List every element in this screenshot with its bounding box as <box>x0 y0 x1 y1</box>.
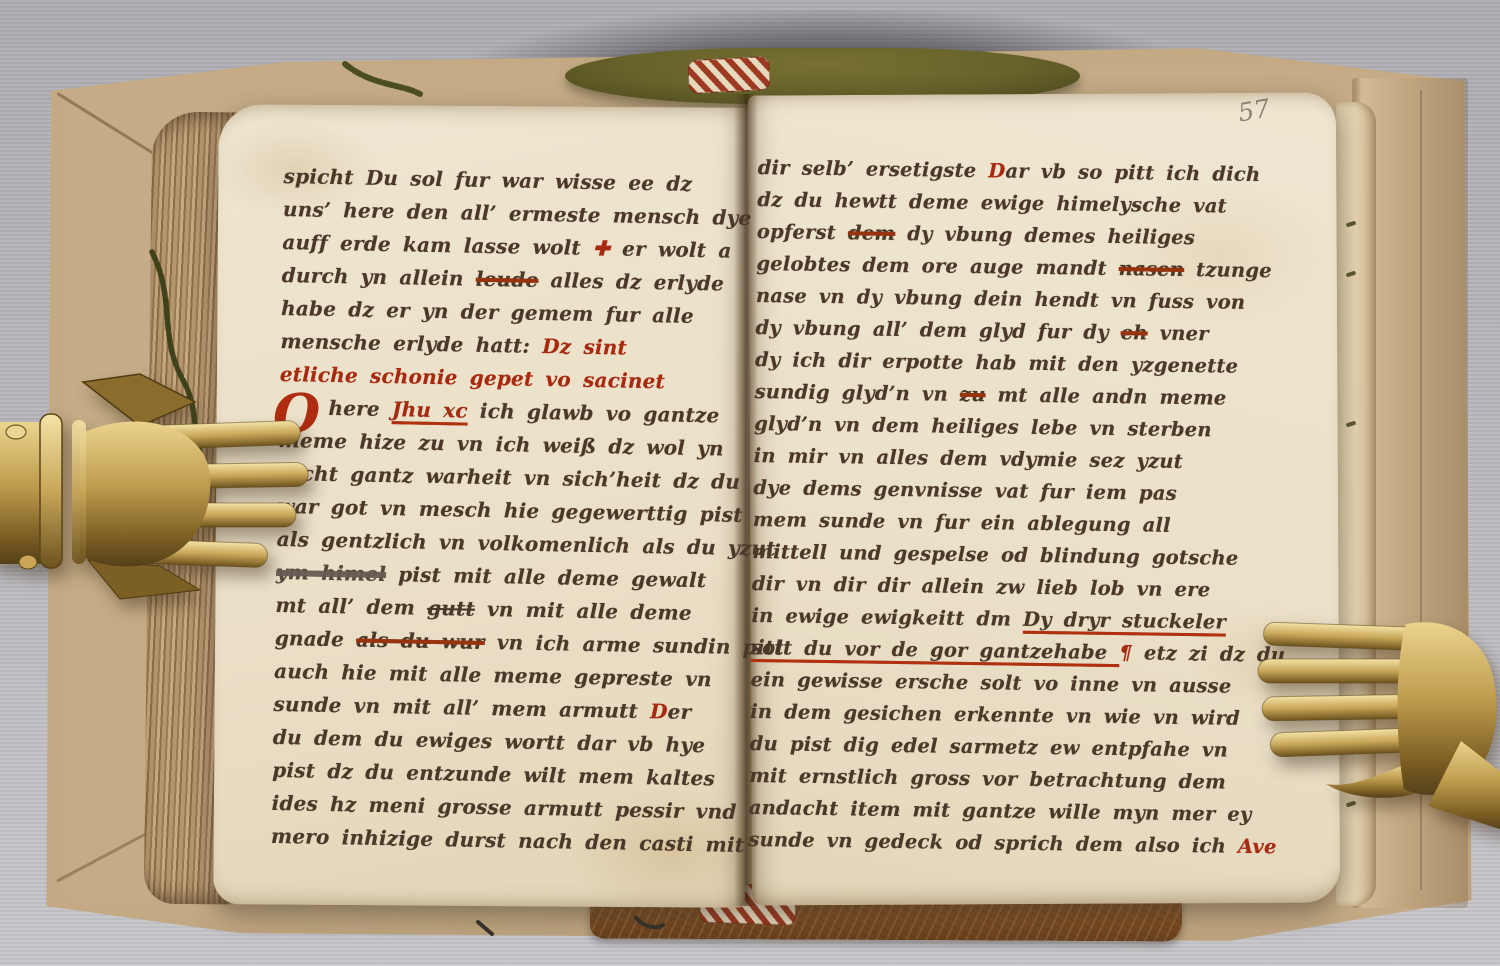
text-segment: vner <box>1148 321 1209 345</box>
text-segment: als du wur <box>356 627 485 653</box>
text-segment: er wolt a <box>610 236 732 262</box>
text-segment: war got vn mesch hie gegewerttig pist <box>277 494 743 527</box>
folio-number: 57 <box>1236 93 1272 127</box>
text-segment: Dz sint <box>542 334 627 360</box>
text-segment: ides hz meni grosse armutt pessir vnd <box>271 791 736 824</box>
text-segment: in mir vn alles dem vdymie sez yzut <box>754 444 1184 473</box>
text-segment: dz du hewtt deme ewige himelysche vat <box>757 188 1227 218</box>
text-segment: vn ich arme sundin pitt <box>484 630 783 660</box>
text-segment: Jhu xc <box>392 397 468 422</box>
text-segment: dy ich dir erpotte hab mit den yzgenette <box>755 348 1238 378</box>
text-segment: vn mit alle deme <box>475 597 692 625</box>
text-segment: nase vn dy vbung dein hendt vn fuss von <box>756 284 1246 314</box>
page-edge-ink-mark <box>1346 271 1357 278</box>
text-segment: habe dz er yn der gemem fur alle <box>281 296 694 328</box>
text-segment: als gentzlich vn volkomenlich als du yzu… <box>276 527 775 561</box>
text-segment: in dem gesichen erkennte vn wie vn wird <box>750 700 1240 730</box>
left-page-text: spicht Du sol fur war wisse ee dzuns’ he… <box>271 160 744 862</box>
text-segment: D <box>988 159 1005 182</box>
text-segment: dir vn dir dir allein zw lieb lob vn ere <box>752 572 1211 601</box>
text-segment: mittell und gespelse od blindung gotsche <box>752 540 1238 570</box>
text-segment: durch yn allein <box>282 263 476 291</box>
text-segment: mt alle andn meme <box>985 383 1226 409</box>
text-segment: D <box>650 699 668 723</box>
text-segment: auch hie mit alle meme gepreste vn <box>274 659 712 691</box>
text-segment: dem <box>848 221 896 245</box>
right-page-text: dir selb’ ersetigste Dar vb so pitt ich … <box>748 152 1238 863</box>
text-segment: Dy dryr stuckeler <box>1023 608 1226 634</box>
text-segment: here <box>328 396 392 421</box>
text-segment: ar vb so pitt ich dich <box>1005 159 1260 186</box>
text-segment: er <box>667 699 691 723</box>
text-segment: leude <box>476 267 539 292</box>
text-segment: opferst <box>757 220 848 244</box>
text-segment: recht gantz warheit vn sich’heit dz du <box>278 461 741 494</box>
endband-top <box>687 56 771 94</box>
text-segment: andacht item mit gantze wille myn mer ey <box>749 796 1252 826</box>
text-segment: auff erde kam lasse wolt <box>282 230 593 260</box>
text-segment: mem sunde vn fur ein ablegung all <box>753 508 1171 537</box>
text-segment: solt du vor de gor gantzehabe <box>751 636 1120 664</box>
text-segment: pist mit alle deme gewalt <box>386 562 707 592</box>
text-segment: meme hize zu vn ich weiß dz wol yn <box>278 428 724 461</box>
text-segment: mero inhizige durst nach den casti mit <box>271 824 745 857</box>
text-segment: gutt <box>427 596 475 621</box>
text-segment: ¶ <box>1119 641 1132 664</box>
manuscript-line: sunde vn gedeck od sprich dem also ich A… <box>748 824 1228 863</box>
text-segment: du dem du ewiges wortt dar vb hye <box>273 725 706 757</box>
manuscript-photo: spicht Du sol fur war wisse ee dzuns’ he… <box>0 0 1500 966</box>
brass-hand-clip-left <box>0 372 318 602</box>
text-segment: sunde vn mit all’ mem armutt <box>273 692 650 723</box>
brass-hand-clip-right <box>1256 596 1500 831</box>
text-segment: zu <box>960 383 986 406</box>
text-segment: dy vbung demes heiliges <box>895 222 1195 249</box>
text-segment: gnade <box>275 626 357 652</box>
text-segment: spicht Du sol fur war wisse ee dz <box>283 164 692 196</box>
page-edge-ink-mark <box>1346 221 1357 228</box>
text-segment: pist dz du entzunde wilt mem kaltes <box>272 758 715 790</box>
text-segment: mit ernstlich gross vor betrachtung dem <box>749 764 1226 794</box>
text-segment: ✚ <box>593 236 610 260</box>
text-segment: dir selb’ ersetigste <box>758 156 989 182</box>
text-segment: mensche erlyde hatt: <box>280 329 542 358</box>
page-edge-ink-mark <box>1346 421 1357 428</box>
text-segment: ein gewisse ersche solt vo inne vn ausse <box>750 668 1231 698</box>
text-segment: glyd’n vn dem heiliges lebe vn sterben <box>754 412 1212 441</box>
text-segment: sundig glyd’n vn <box>754 380 960 406</box>
text-segment: nasen <box>1119 257 1185 281</box>
text-segment: ich glawb vo gantze <box>468 399 720 428</box>
text-segment: uns’ here den all’ ermeste mensch dye <box>283 197 752 230</box>
text-segment: tzunge <box>1184 258 1272 282</box>
text-segment: etliche schonie gepet vo sacinet <box>280 362 666 393</box>
text-segment: dy vbung all’ dem glyd fur dy <box>755 316 1120 344</box>
text-segment: gelobtes dem ore auge mandt <box>756 252 1119 280</box>
text-segment: du pist dig edel sarmetz ew entpfahe vn <box>750 732 1229 762</box>
text-segment: eh <box>1121 321 1148 344</box>
text-segment: alles dz erlyde <box>538 268 724 296</box>
text-segment: in ewige ewigkeitt dm <box>751 604 1023 631</box>
text-segment: sunde vn gedeck od sprich dem also ich <box>748 828 1238 858</box>
text-segment: Ave <box>1238 835 1277 859</box>
text-segment: dye dems genvnisse vat fur iem pas <box>753 476 1177 505</box>
